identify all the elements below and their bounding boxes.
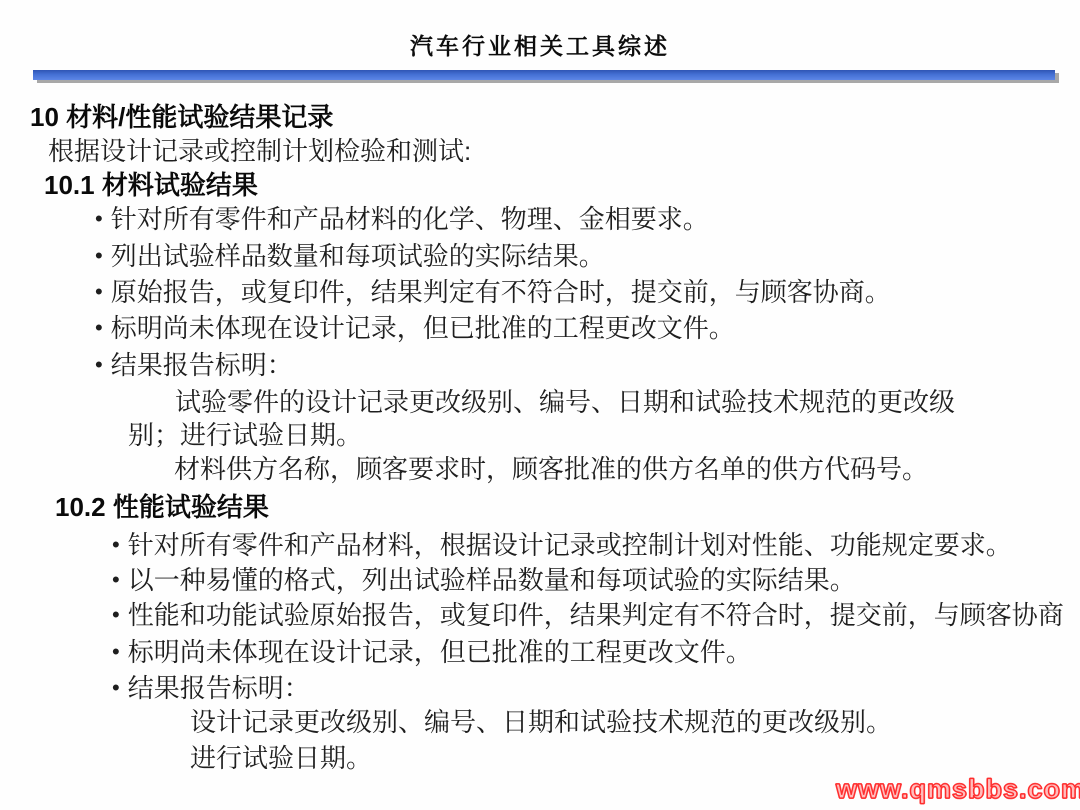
bullet-text: 针对所有零件和产品材料，根据设计记录或控制计划对性能、功能规定要求。 [128,531,1012,561]
bullet-text: 以一种易懂的格式，列出试验样品数量和每项试验的实际结果。 [128,566,856,596]
list-item: • 标明尚未体现在设计记录，但已批准的工程更改文件。 [95,314,735,344]
detail-line: 试验零件的设计记录更改级别、编号、日期和试验技术规范的更改级 [175,388,955,418]
bullet-text: 结果报告标明： [128,674,310,704]
list-item: • 针对所有零件和产品材料，根据设计记录或控制计划对性能、功能规定要求。 [112,531,1012,561]
bullet-icon: • [112,639,120,664]
list-item: • 标明尚未体现在设计记录，但已批准的工程更改文件。 [112,638,752,668]
page-title: 汽车行业相关工具综述 [0,28,1080,61]
bullet-icon: • [95,279,103,304]
bullet-icon: • [112,567,120,592]
list-item: • 针对所有零件和产品材料的化学、物理、金相要求。 [95,205,709,235]
section-heading: 10 材料/性能试验结果记录 [30,103,333,133]
section-intro: 根据设计记录或控制计划检验和测试: [48,137,471,167]
detail-line: 材料供方名称，顾客要求时，顾客批准的供方名单的供方代码号。 [174,455,928,485]
bullet-icon: • [95,315,103,340]
bullet-text: 性能和功能试验原始报告，或复印件，结果判定有不符合时，提交前，与顾客协商 [128,601,1064,631]
detail-line: 设计记录更改级别、编号、日期和试验技术规范的更改级别。 [190,708,892,738]
detail-line: 进行试验日期。 [190,744,372,774]
bullet-text: 标明尚未体现在设计记录，但已批准的工程更改文件。 [128,638,752,668]
bullet-icon: • [95,352,103,377]
list-item: • 结果报告标明： [112,674,310,704]
list-item: • 结果报告标明： [95,351,293,381]
bullet-icon: • [112,532,120,557]
subsection-10-2-heading: 10.2 性能试验结果 [55,493,269,523]
watermark: www.qmsbbs.com [836,774,1080,805]
list-item: • 列出试验样品数量和每项试验的实际结果。 [95,242,605,272]
list-item: • 以一种易懂的格式，列出试验样品数量和每项试验的实际结果。 [112,566,856,596]
bullet-text: 标明尚未体现在设计记录，但已批准的工程更改文件。 [111,314,735,344]
bullet-text: 原始报告，或复印件，结果判定有不符合时，提交前，与顾客协商。 [111,278,891,308]
bullet-icon: • [95,206,103,231]
bullet-text: 针对所有零件和产品材料的化学、物理、金相要求。 [111,205,709,235]
divider-bar [33,70,1055,80]
bullet-text: 列出试验样品数量和每项试验的实际结果。 [111,242,605,272]
bullet-text: 结果报告标明： [111,351,293,381]
slide: 汽车行业相关工具综述 10 材料/性能试验结果记录 根据设计记录或控制计划检验和… [0,0,1080,810]
bullet-icon: • [112,602,120,627]
list-item: • 性能和功能试验原始报告，或复印件，结果判定有不符合时，提交前，与顾客协商 [112,601,1064,631]
detail-line: 别；进行试验日期。 [128,421,362,451]
list-item: • 原始报告，或复印件，结果判定有不符合时，提交前，与顾客协商。 [95,278,891,308]
subsection-10-1-heading: 10.1 材料试验结果 [44,171,258,201]
bullet-icon: • [112,675,120,700]
bullet-icon: • [95,243,103,268]
